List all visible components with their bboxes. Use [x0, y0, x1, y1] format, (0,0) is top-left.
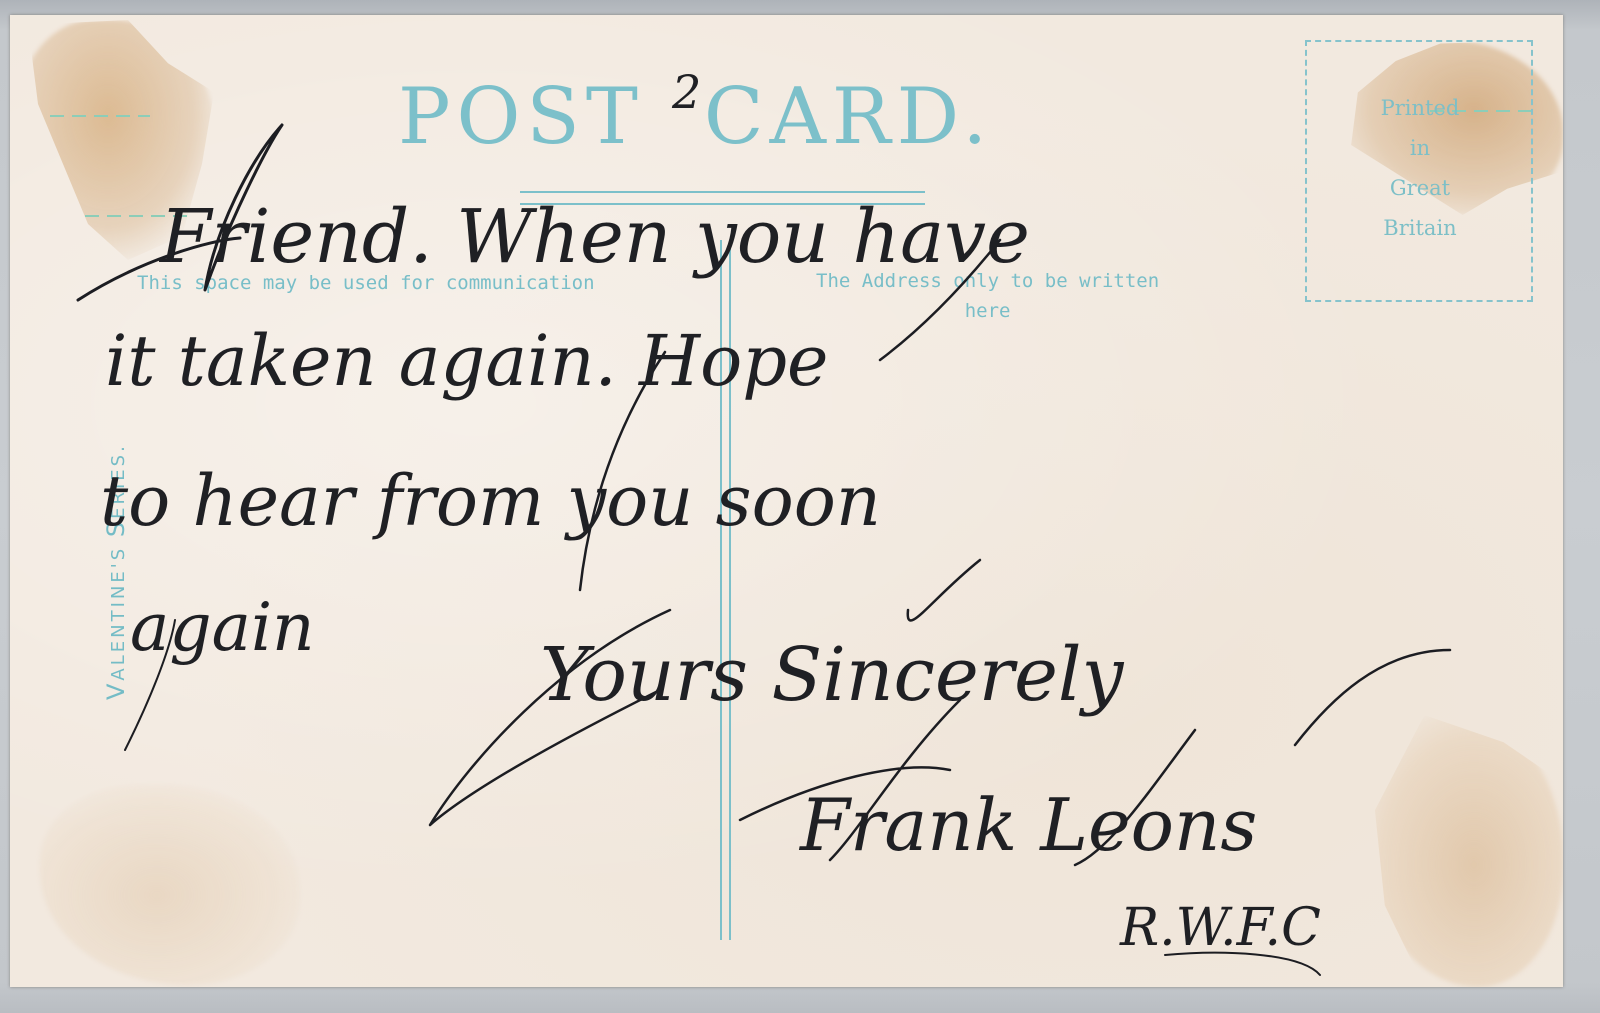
communication-label: This space may be used for communication	[137, 272, 595, 294]
imprint-series: ERIES.	[108, 443, 129, 519]
imprint-name: ALENTINE'S	[108, 537, 129, 680]
stamp-line: Great	[1340, 168, 1500, 208]
residue-dash	[50, 115, 150, 117]
heading-post: POST	[398, 72, 644, 162]
residue-dash	[85, 215, 195, 217]
divider-line-right	[729, 240, 731, 940]
water-stain-bottom-right	[1365, 715, 1563, 987]
stamp-line: Britain	[1340, 208, 1500, 248]
address-label-line1: The Address only to be written	[816, 266, 1159, 296]
heading-rule-top	[520, 191, 925, 193]
stamp-line: in	[1340, 128, 1500, 168]
address-label: The Address only to be written here	[816, 266, 1159, 326]
heading-card: CARD.	[704, 72, 993, 162]
imprint-initial: V	[102, 681, 130, 700]
postcard-heading: POSTCARD.	[398, 72, 993, 162]
water-stain-top-left	[18, 20, 218, 260]
imprint-series-initial: S	[102, 519, 130, 537]
heading-rule-bottom	[520, 203, 925, 205]
publisher-imprint: VALENTINE'S SERIES.	[102, 443, 130, 700]
divider-line-left	[720, 240, 722, 940]
address-label-line2: here	[816, 296, 1159, 326]
stamp-line: Printed	[1340, 88, 1500, 128]
stamp-box-text: Printed in Great Britain	[1340, 88, 1500, 248]
water-stain-bottom-left	[40, 785, 300, 985]
